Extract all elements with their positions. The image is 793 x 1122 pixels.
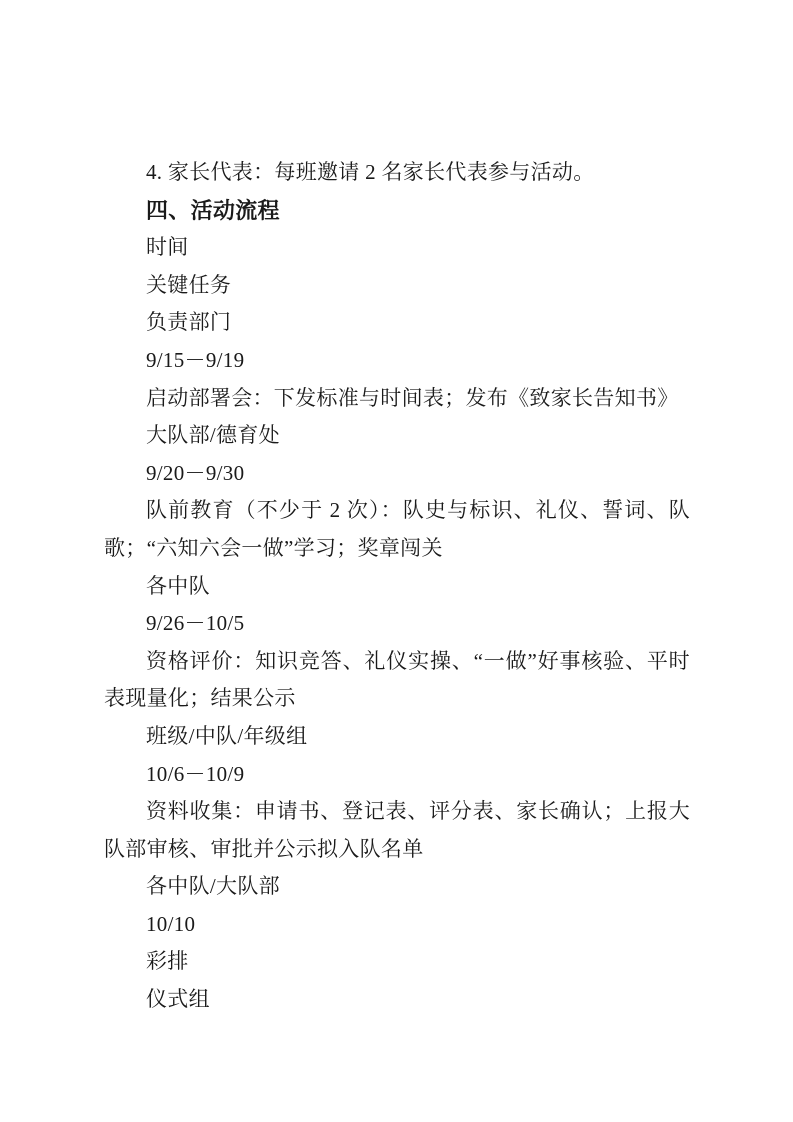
- paragraph: 大队部/德育处: [104, 417, 690, 455]
- paragraph: 10/6－10/9: [104, 756, 690, 794]
- document-page: 4. 家长代表：每班邀请 2 名家长代表参与活动。四、活动流程时间关键任务负责部…: [0, 0, 793, 1122]
- document-content: 4. 家长代表：每班邀请 2 名家长代表参与活动。四、活动流程时间关键任务负责部…: [104, 154, 690, 1019]
- paragraph: 各中队: [104, 568, 690, 606]
- paragraph: 9/26－10/5: [104, 605, 690, 643]
- paragraph: 关键任务: [104, 267, 690, 305]
- paragraph: 启动部署会：下发标准与时间表；发布《致家长告知书》: [104, 380, 690, 418]
- paragraph: 队前教育（不少于 2 次）：队史与标识、礼仪、誓词、队歌；“六知六会一做”学习；…: [104, 492, 690, 567]
- paragraph: 9/20－9/30: [104, 455, 690, 493]
- paragraph: 仪式组: [104, 981, 690, 1019]
- paragraph: 彩排: [104, 943, 690, 981]
- paragraph: 9/15－9/19: [104, 342, 690, 380]
- paragraph: 各中队/大队部: [104, 868, 690, 906]
- paragraph: 班级/中队/年级组: [104, 718, 690, 756]
- section-heading: 四、活动流程: [104, 192, 690, 230]
- paragraph: 资格评价：知识竞答、礼仪实操、“一做”好事核验、平时表现量化；结果公示: [104, 643, 690, 718]
- paragraph: 时间: [104, 229, 690, 267]
- paragraph: 10/10: [104, 906, 690, 944]
- paragraph: 资料收集：申请书、登记表、评分表、家长确认；上报大队部审核、审批并公示拟入队名单: [104, 793, 690, 868]
- paragraph: 4. 家长代表：每班邀请 2 名家长代表参与活动。: [104, 154, 690, 192]
- paragraph: 负责部门: [104, 304, 690, 342]
